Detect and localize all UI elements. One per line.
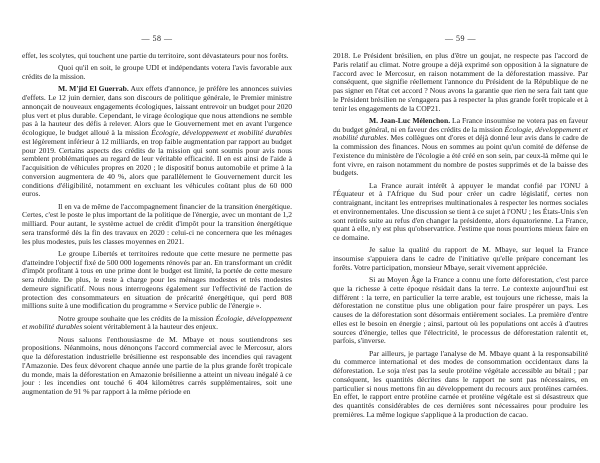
text-segment: Par ailleurs, je partage l'analyse de M.… — [333, 349, 588, 419]
text-segment: Il en va de même de l'accompagnement fin… — [22, 202, 292, 246]
text-segment: Je salue la qualité du rapport de M. Mba… — [333, 245, 588, 272]
text-segment: 2018. Le Président brésilien, en plus d'… — [333, 51, 588, 113]
paragraph: Par ailleurs, je partage l'analyse de M.… — [333, 350, 588, 420]
text-segment: Le groupe Libertés et territoires redout… — [22, 249, 292, 311]
paragraph: effet, les scolytes, qui touchent une pa… — [22, 52, 292, 61]
paragraph: Le groupe Libertés et territoires redout… — [22, 250, 292, 311]
paragraph: 2018. Le Président brésilien, en plus d'… — [333, 52, 588, 113]
text-segment: Quoi qu'il en soit, le groupe UDI et ind… — [22, 63, 292, 81]
text-segment: Écologie, développement et mobilité dura… — [151, 128, 292, 137]
text-segment: soient véritablement à la hauteur des en… — [82, 322, 218, 331]
paragraph: Quoi qu'il en soit, le groupe UDI et ind… — [22, 64, 292, 82]
paragraph: La France aurait intérêt à appuyer le ma… — [333, 182, 588, 243]
speaker-name: M. M'jid El Guerrab. — [58, 84, 129, 93]
text-segment: est légèrement inférieur à 12 milliards,… — [22, 137, 292, 199]
document-spread: — 58 —effet, les scolytes, qui touchent … — [0, 0, 600, 463]
page-59: — 59 —2018. Le Président brésilien, en p… — [300, 0, 600, 463]
page-number: — 59 — — [333, 34, 588, 43]
text-segment: La France aurait intérêt à appuyer le ma… — [333, 181, 588, 243]
paragraph: M. M'jid El Guerrab. Aux effets d'annonc… — [22, 85, 292, 199]
paragraph: M. Jean-Luc Mélenchon. La France insoumi… — [333, 117, 588, 178]
paragraph: Si au Moyen Âge la France a connu une fo… — [333, 276, 588, 346]
paragraph: Nous saluons l'enthousiasme de M. Mbaye … — [22, 336, 292, 397]
speaker-name: M. Jean-Luc Mélenchon. — [369, 116, 450, 125]
text-segment: Si au Moyen Âge la France a connu une fo… — [333, 275, 588, 345]
paragraph: Il en va de même de l'accompagnement fin… — [22, 203, 292, 247]
text-segment: Notre groupe souhaite que les crédits de… — [58, 314, 216, 323]
text-segment: effet, les scolytes, qui touchent une pa… — [22, 51, 289, 60]
paragraph: Notre groupe souhaite que les crédits de… — [22, 315, 292, 333]
text-segment: Nous saluons l'enthousiasme de M. Mbaye … — [22, 335, 292, 397]
page-number: — 58 — — [22, 34, 292, 43]
page-58: — 58 —effet, les scolytes, qui touchent … — [0, 0, 300, 463]
paragraph: Je salue la qualité du rapport de M. Mba… — [333, 246, 588, 272]
